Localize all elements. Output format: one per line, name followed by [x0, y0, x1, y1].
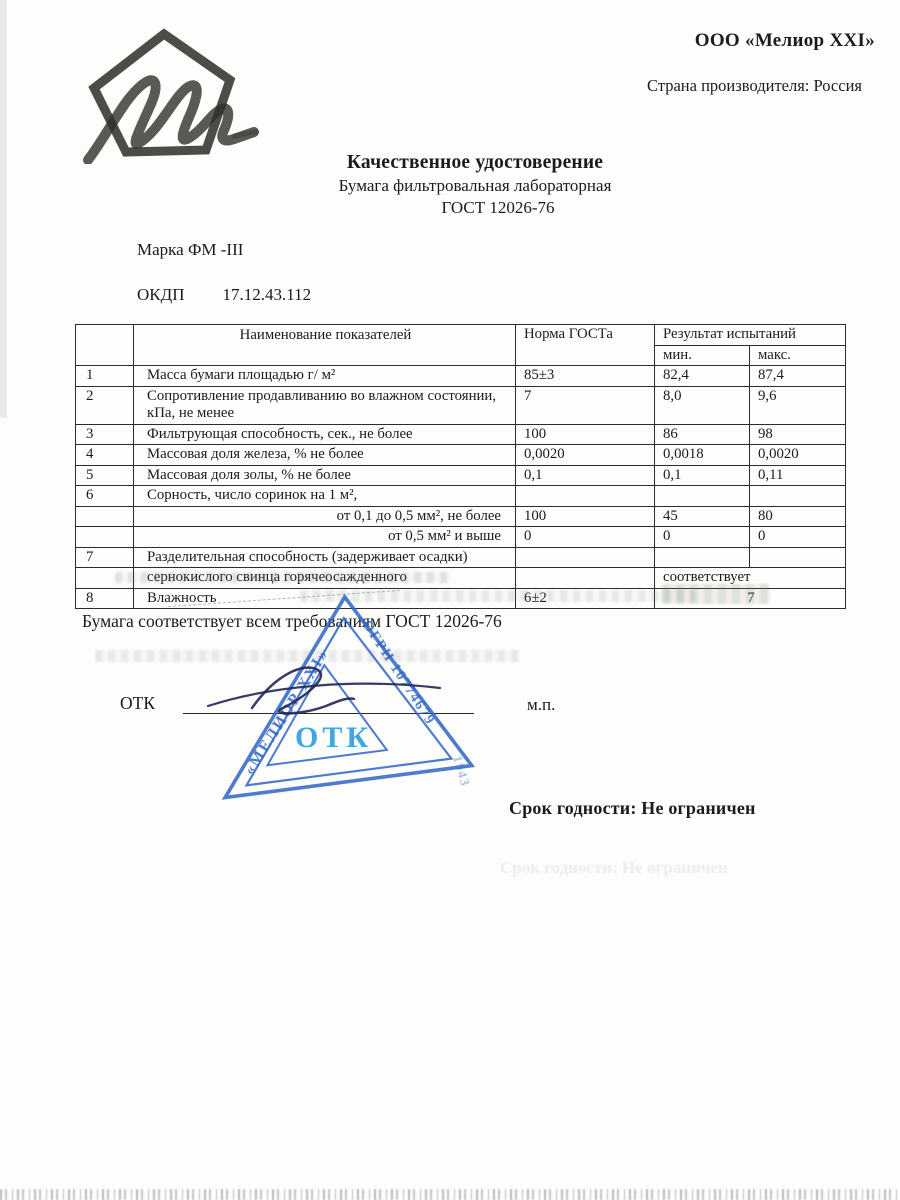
header-max-cell: макс. [750, 346, 846, 366]
row-num-cell: 5 [76, 465, 134, 485]
row-num-cell: 3 [76, 424, 134, 444]
row-norm-cell: 0 [516, 527, 655, 547]
row-norm-cell: 0,1 [516, 465, 655, 485]
table-row: 2Сопротивление продавливанию во влажном … [76, 386, 846, 424]
table-row: 6Сорность, число соринок на 1 м², [76, 486, 846, 506]
row-name-cell: Масса бумаги площадью г/ м² [134, 366, 516, 386]
company-name: ООО «Мелиор XXI» [455, 30, 875, 52]
title-block: Качественное удостоверение Бумага фильтр… [270, 152, 680, 218]
ghost-highlight-smudge [662, 584, 770, 604]
scan-bottom-noise [0, 1189, 900, 1200]
mp-label: м.п. [527, 695, 555, 715]
table-row: от 0,5 мм² и выше000 [76, 527, 846, 547]
doc-gost: ГОСТ 12026-76 [270, 198, 680, 218]
row-name-cell: Сопротивление продавливанию во влажном с… [134, 386, 516, 424]
row-norm-cell: 0,0020 [516, 445, 655, 465]
row-num-cell: 8 [76, 588, 134, 608]
row-min-cell [655, 486, 750, 506]
signature [200, 656, 462, 728]
row-name-cell: Массовая доля железа, % не более [134, 445, 516, 465]
row-name-cell: Массовая доля золы, % не более [134, 465, 516, 485]
row-min-cell: 0,1 [655, 465, 750, 485]
country-line: Страна производителя: Россия [442, 76, 862, 96]
row-min-cell: 45 [655, 506, 750, 526]
header-min-cell: мин. [655, 346, 750, 366]
row-norm-cell: 100 [516, 506, 655, 526]
row-max-cell: 98 [750, 424, 846, 444]
mark-line: Марка ФМ -III [137, 240, 243, 260]
table-row: 5Массовая доля золы, % не более0,10,10,1… [76, 465, 846, 485]
doc-subtitle: Бумага фильтровальная лабораторная [270, 176, 680, 196]
row-name-cell: от 0,5 мм² и выше [134, 527, 516, 547]
ghost-shelf-life: Срок годности: Не ограничен [500, 858, 728, 878]
row-max-cell: 87,4 [750, 366, 846, 386]
row-max-cell: 9,6 [750, 386, 846, 424]
stamp-ogrn-tail-text: 1943 [450, 754, 473, 789]
row-num-cell [76, 527, 134, 547]
scan-edge-shadow [0, 0, 7, 418]
header-name-cell: Наименование показателей [134, 325, 516, 366]
row-norm-cell [516, 568, 655, 588]
row-name-cell: Сорность, число соринок на 1 м², [134, 486, 516, 506]
row-max-cell: 0,11 [750, 465, 846, 485]
table-row: 3Фильтрующая способность, сек., не более… [76, 424, 846, 444]
row-num-cell [76, 506, 134, 526]
row-name-cell: Фильтрующая способность, сек., не более [134, 424, 516, 444]
row-min-cell: 86 [655, 424, 750, 444]
row-num-cell: 1 [76, 366, 134, 386]
okdp-label: ОКДП [137, 285, 185, 304]
row-num-cell: 7 [76, 547, 134, 567]
row-max-cell [750, 547, 846, 567]
results-table: Наименование показателей Норма ГОСТа Рез… [75, 324, 846, 609]
otk-label: ОТК [120, 693, 155, 714]
row-max-cell: 0 [750, 527, 846, 547]
header-result-cell: Результат испытаний [655, 325, 846, 346]
row-norm-cell [516, 486, 655, 506]
row-norm-cell: 7 [516, 386, 655, 424]
okdp-value: 17.12.43.112 [223, 285, 312, 304]
row-num-cell: 4 [76, 445, 134, 465]
row-norm-cell [516, 547, 655, 567]
logo-pentagon-m-icon [82, 22, 260, 164]
table-header-row: Наименование показателей Норма ГОСТа Рез… [76, 325, 846, 346]
row-name-cell: от 0,1 до 0,5 мм², не более [134, 506, 516, 526]
row-min-cell: 0,0018 [655, 445, 750, 465]
ghost-text-smudge [115, 572, 450, 583]
row-num-cell: 2 [76, 386, 134, 424]
results-table-grid: Наименование показателей Норма ГОСТа Рез… [75, 324, 846, 609]
row-max-cell: 80 [750, 506, 846, 526]
table-row: 7Разделительная способность (задерживает… [76, 547, 846, 567]
row-max-cell: 0,0020 [750, 445, 846, 465]
row-min-cell [655, 547, 750, 567]
row-name-cell: Разделительная способность (задерживает … [134, 547, 516, 567]
row-norm-cell: 100 [516, 424, 655, 444]
row-norm-cell: 85±3 [516, 366, 655, 386]
doc-title: Качественное удостоверение [270, 152, 680, 174]
row-min-cell: 8,0 [655, 386, 750, 424]
header-num-cell [76, 325, 134, 366]
row-max-cell [750, 486, 846, 506]
header-norm-cell: Норма ГОСТа [516, 325, 655, 366]
row-min-cell: 0 [655, 527, 750, 547]
shelf-life-statement: Срок годности: Не ограничен [509, 798, 756, 819]
table-row: 4Массовая доля железа, % не более0,00200… [76, 445, 846, 465]
table-row: от 0,1 до 0,5 мм², не более1004580 [76, 506, 846, 526]
row-num-cell: 6 [76, 486, 134, 506]
table-row: 1Масса бумаги площадью г/ м²85±382,487,4 [76, 366, 846, 386]
row-min-cell: 82,4 [655, 366, 750, 386]
okdp-line: ОКДП17.12.43.112 [137, 285, 311, 305]
